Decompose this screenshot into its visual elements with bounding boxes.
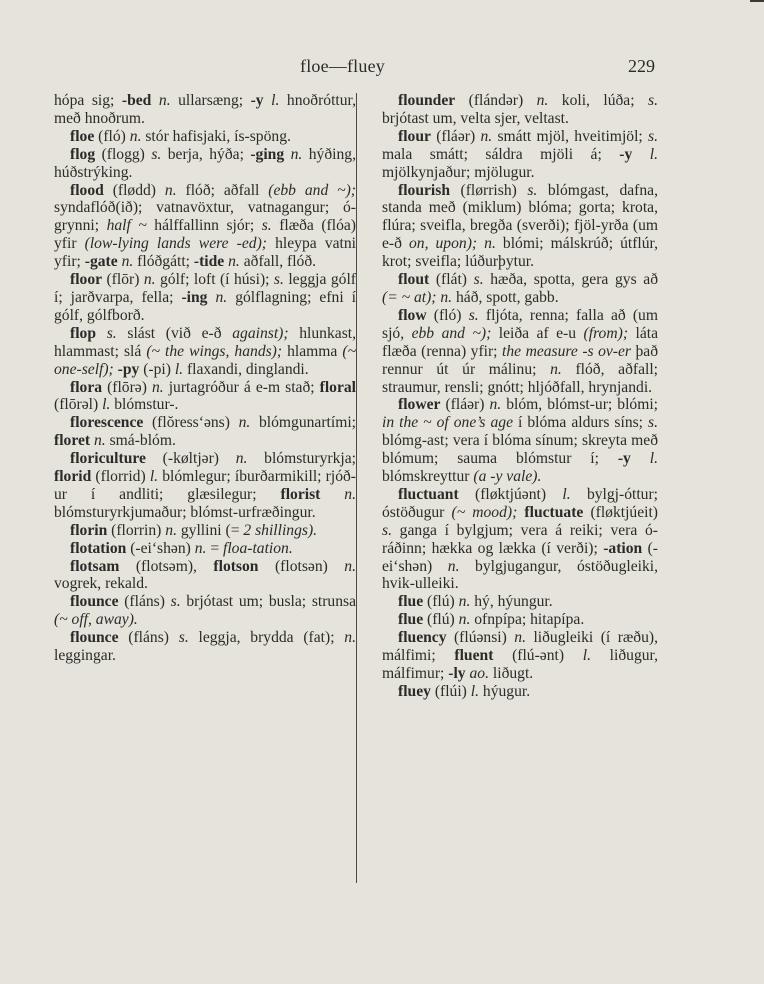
dictionary-entry: flop s. slást (við e-ð against); hlunkas… [54,325,356,379]
right-column: flounder (flándər) n. koli, lúða; s. brj… [382,92,658,701]
dictionary-entry: flotsam (flotsəm), flotson (flotsən) n. … [54,558,356,594]
page-number: 229 [628,56,655,77]
dictionary-entry: floor (flōr) n. gólf; loft (í húsi); s. … [54,271,356,325]
dictionary-entry: flow (fló) s. fljóta, renna; falla að (u… [382,307,658,397]
page-title: floe—fluey [300,56,385,77]
dictionary-entry: flue (flú) n. ofnpípa; hitapípa. [382,611,658,629]
dictionary-entry: flounce (fláns) s. brjótast um; busla; s… [54,593,356,629]
column-divider [356,93,357,883]
dictionary-entry: fluctuant (fløktjúənt) l. bylgj-óttur; ó… [382,486,658,593]
scan-edge-mark [750,0,764,2]
dictionary-entry: florescence (flŏress‘əns) n. blómgunartí… [54,414,356,450]
dictionary-entry: flue (flú) n. hý, hýungur. [382,593,658,611]
dictionary-entry: floriculture (-køltjər) n. blómsturyrkja… [54,450,356,522]
dictionary-entry: flourish (flørrish) s. blómgast, dafna, … [382,182,658,272]
dictionary-entry: florin (florrin) n. gyllini (= 2 shillin… [54,522,356,540]
dictionary-entry: floe (fló) n. stór hafisjaki, ís-spöng. [54,128,356,146]
dictionary-entry: flounder (flándər) n. koli, lúða; s. brj… [382,92,658,128]
running-head: floe—fluey 229 [0,56,764,78]
dictionary-entry: flotation (-ei‘shən) n. = floa-tation. [54,540,356,558]
dictionary-entry: flour (fláər) n. smátt mjöl, hveitimjöl;… [382,128,658,182]
dictionary-entry: flog (flogg) s. berja, hýða; -ging n. hý… [54,146,356,182]
dictionary-entry: flounce (fláns) s. leggja, brydda (fat);… [54,629,356,665]
dictionary-entry: fluey (flúi) l. hýugur. [382,683,658,701]
dictionary-entry: flower (fláər) n. blóm, blómst-ur; blómi… [382,396,658,486]
left-column: hópa sig; -bed n. ullarsæng; -y l. hnoðr… [54,92,356,665]
dictionary-entry: flout (flát) s. hæða, spotta, gera gys a… [382,271,658,307]
dictionary-entry: flood (flødd) n. flóð; aðfall (ebb and ~… [54,182,356,272]
dictionary-entry: fluency (flúənsi) n. liðugleiki (í ræðu)… [382,629,658,683]
dictionary-entry: hópa sig; -bed n. ullarsæng; -y l. hnoðr… [54,92,356,128]
dictionary-entry: flora (flōrə) n. jurtagróður á e-m stað;… [54,379,356,415]
